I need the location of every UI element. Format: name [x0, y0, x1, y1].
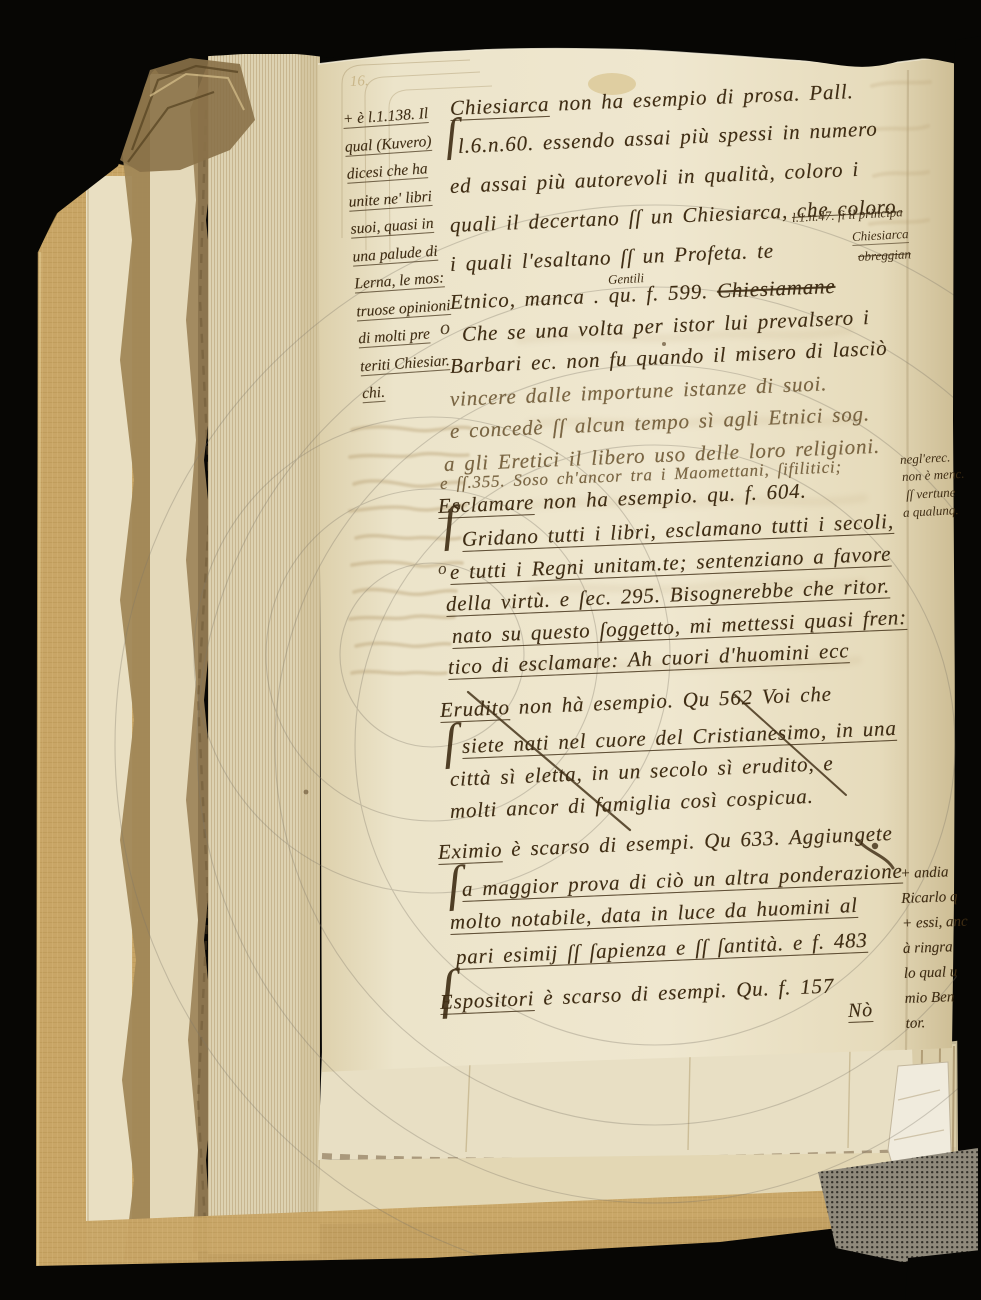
deckled-page-edges: [120, 58, 218, 1260]
manuscript-photo: + è l.1.138. Ilqual (Kuvero)dicesi che h…: [0, 0, 981, 1300]
black-corner: [905, 1250, 981, 1300]
page-block-fore-edge: [208, 54, 320, 1254]
book-photo-illustration: [0, 0, 981, 1300]
manuscript-page: [304, 49, 956, 1072]
